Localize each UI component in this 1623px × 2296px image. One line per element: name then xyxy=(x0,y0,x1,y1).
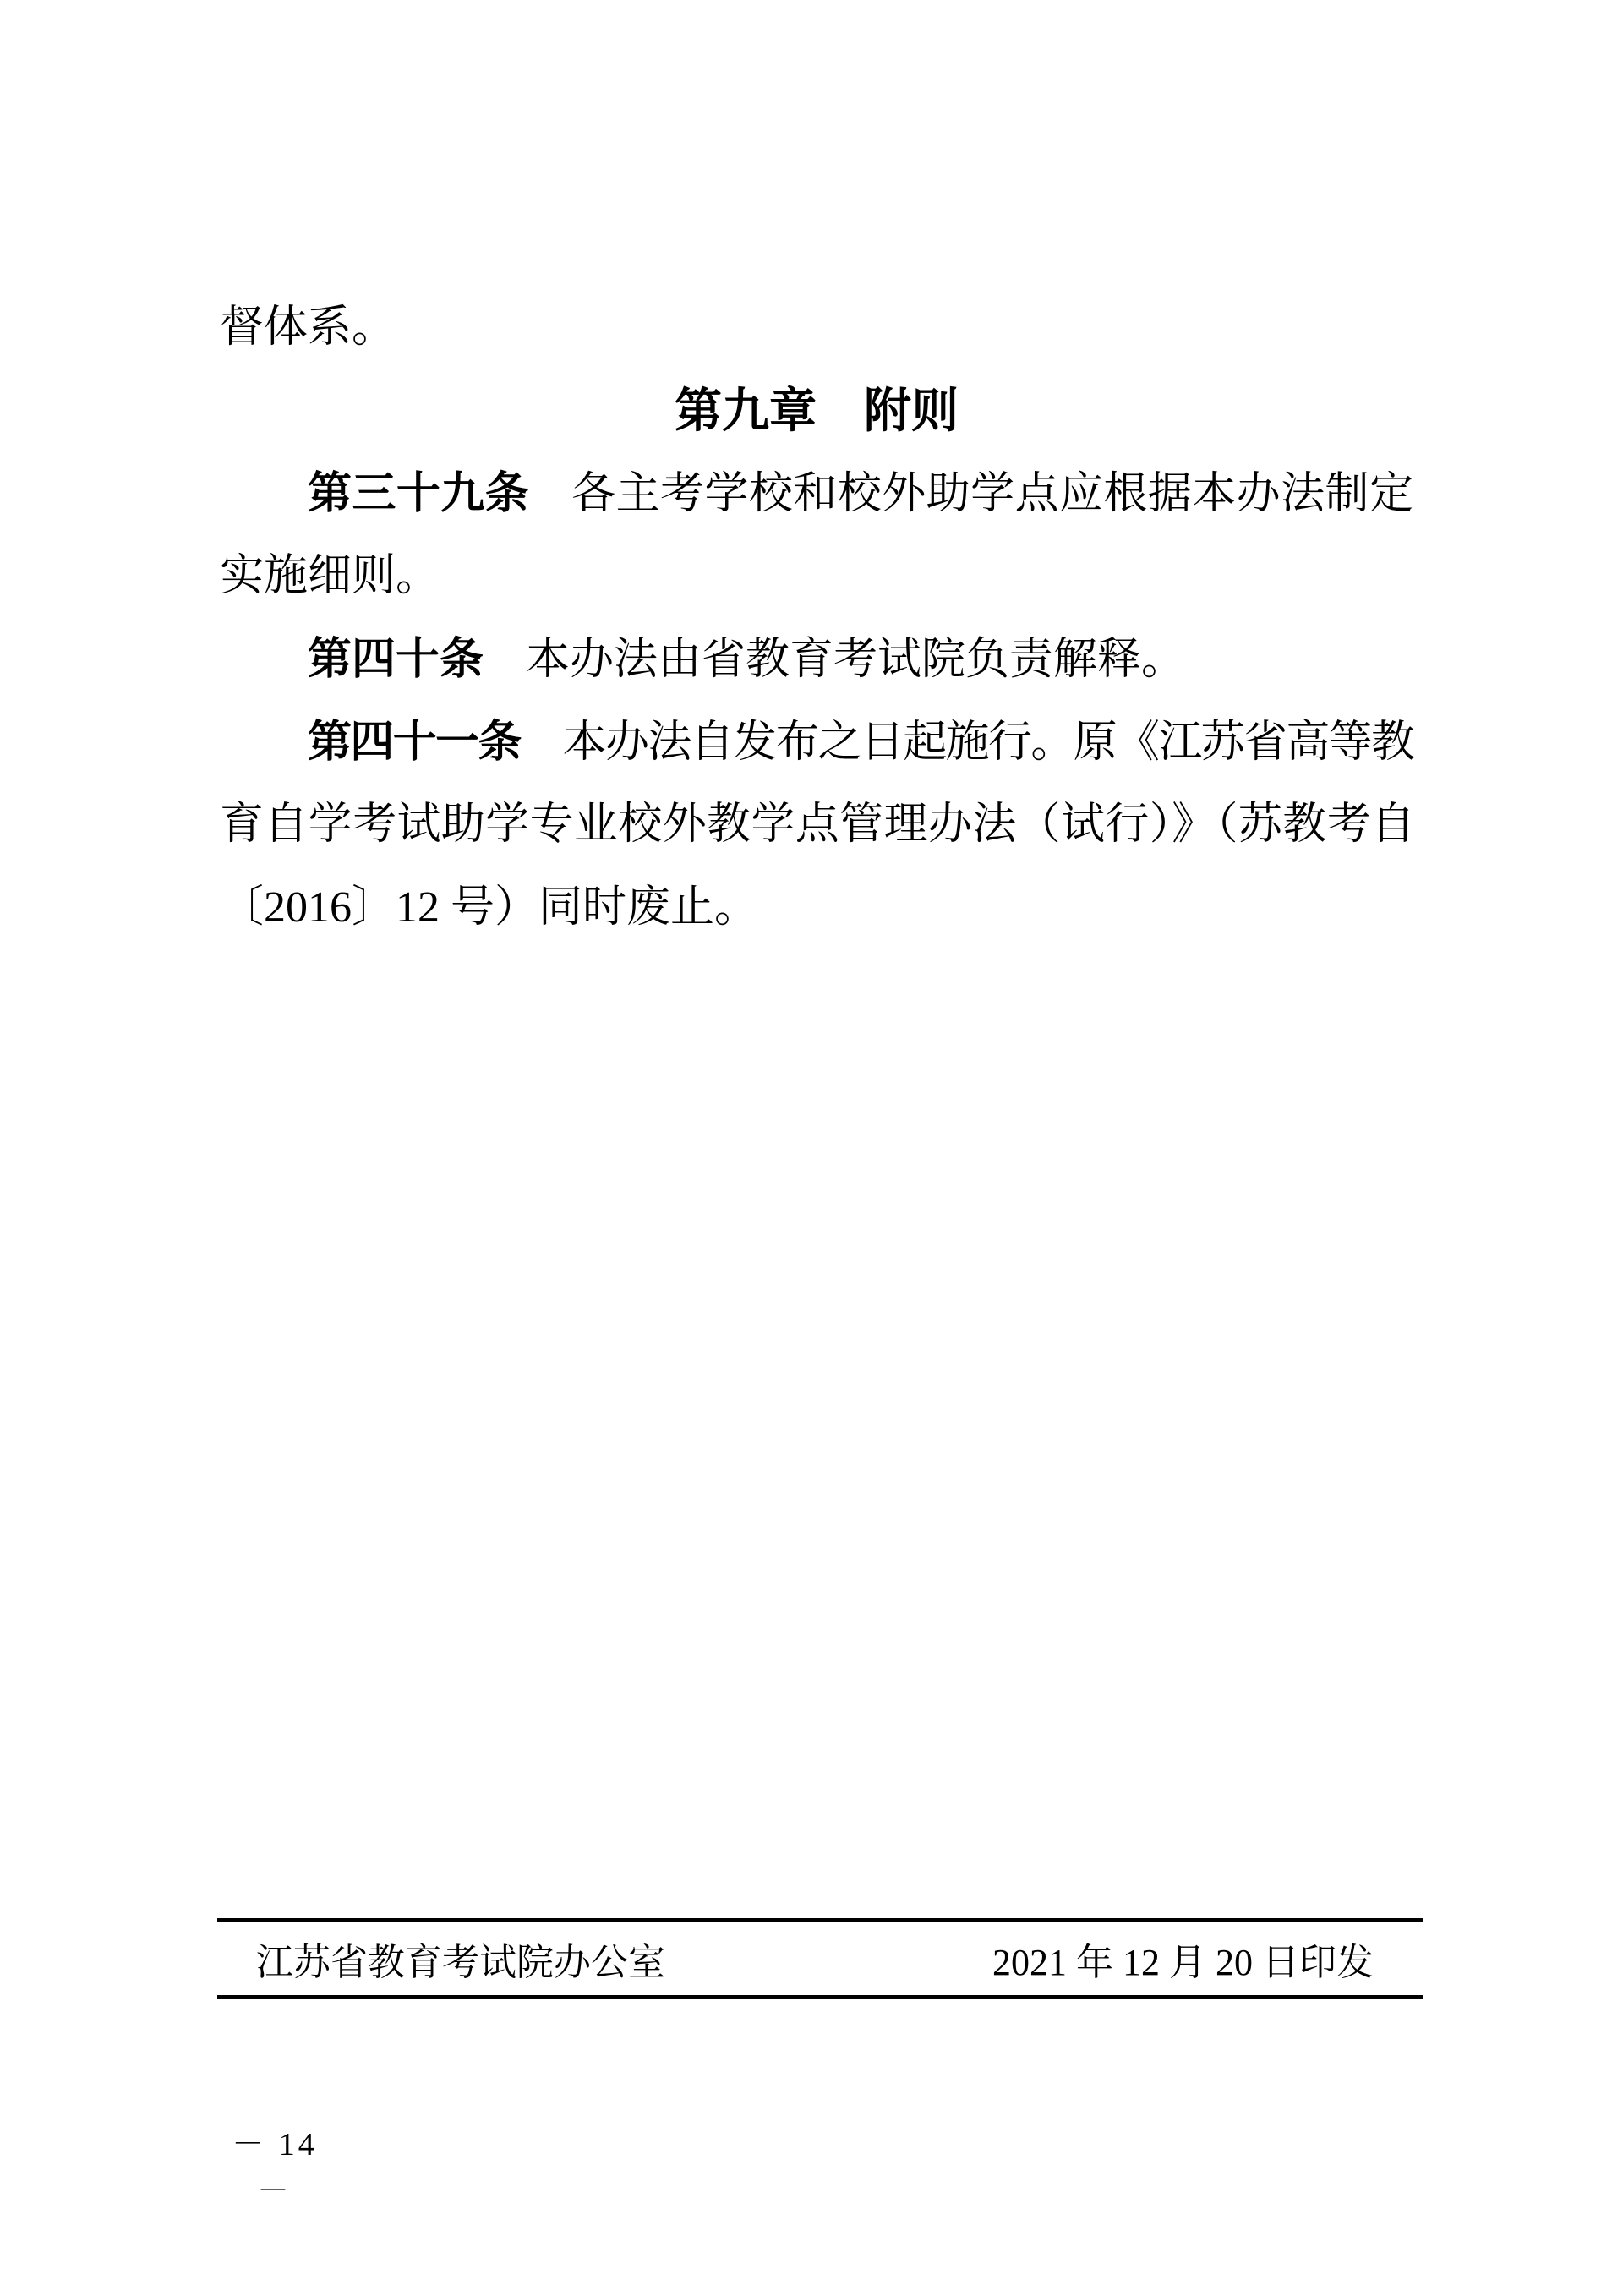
article-41-line-2: 育自学考试助学专业校外教学点管理办法（试行）》（苏教考自 xyxy=(220,784,1413,866)
printing-footer: 江苏省教育考试院办公室 2021 年 12 月 20 日印发 xyxy=(217,1922,1423,1995)
document-page: 督体系。 第九章 附则 第三十九条各主考学校和校外助学点应根据本办法制定 实施细… xyxy=(0,0,1623,2296)
article-41-line-1: 第四十一条本办法自发布之日起施行。原《江苏省高等教 xyxy=(220,701,1413,784)
article-40-line-1: 第四十条本办法由省教育考试院负责解释。 xyxy=(220,618,1413,701)
footer-bottom-rule xyxy=(217,1995,1423,1999)
print-date: 2021 年 12 月 20 日印发 xyxy=(992,1932,1374,1986)
article-40-label: 第四十条 xyxy=(308,635,484,684)
article-39-label: 第三十九条 xyxy=(308,469,529,518)
issuing-office: 江苏省教育考试院办公室 xyxy=(256,1932,665,1986)
article-39-line-2: 实施细则。 xyxy=(220,535,1413,618)
article-41-label: 第四十一条 xyxy=(308,718,521,767)
article-41-line-3: 〔2016〕12 号）同时废止。 xyxy=(220,866,1413,949)
article-39-text: 各主考学校和校外助学点应根据本办法制定 xyxy=(571,470,1413,518)
article-40-text: 本办法由省教育考试院负责解释。 xyxy=(526,636,1185,684)
page-number: － 14 － xyxy=(211,2118,338,2211)
paragraph-continuation: 督体系。 xyxy=(220,287,1413,369)
article-41-text: 本办法自发布之日起施行。原《江苏省高等教 xyxy=(563,719,1413,767)
chapter-heading: 第九章 附则 xyxy=(220,369,1413,452)
document-body: 督体系。 第九章 附则 第三十九条各主考学校和校外助学点应根据本办法制定 实施细… xyxy=(220,287,1413,949)
article-39-line-1: 第三十九条各主考学校和校外助学点应根据本办法制定 xyxy=(220,452,1413,535)
